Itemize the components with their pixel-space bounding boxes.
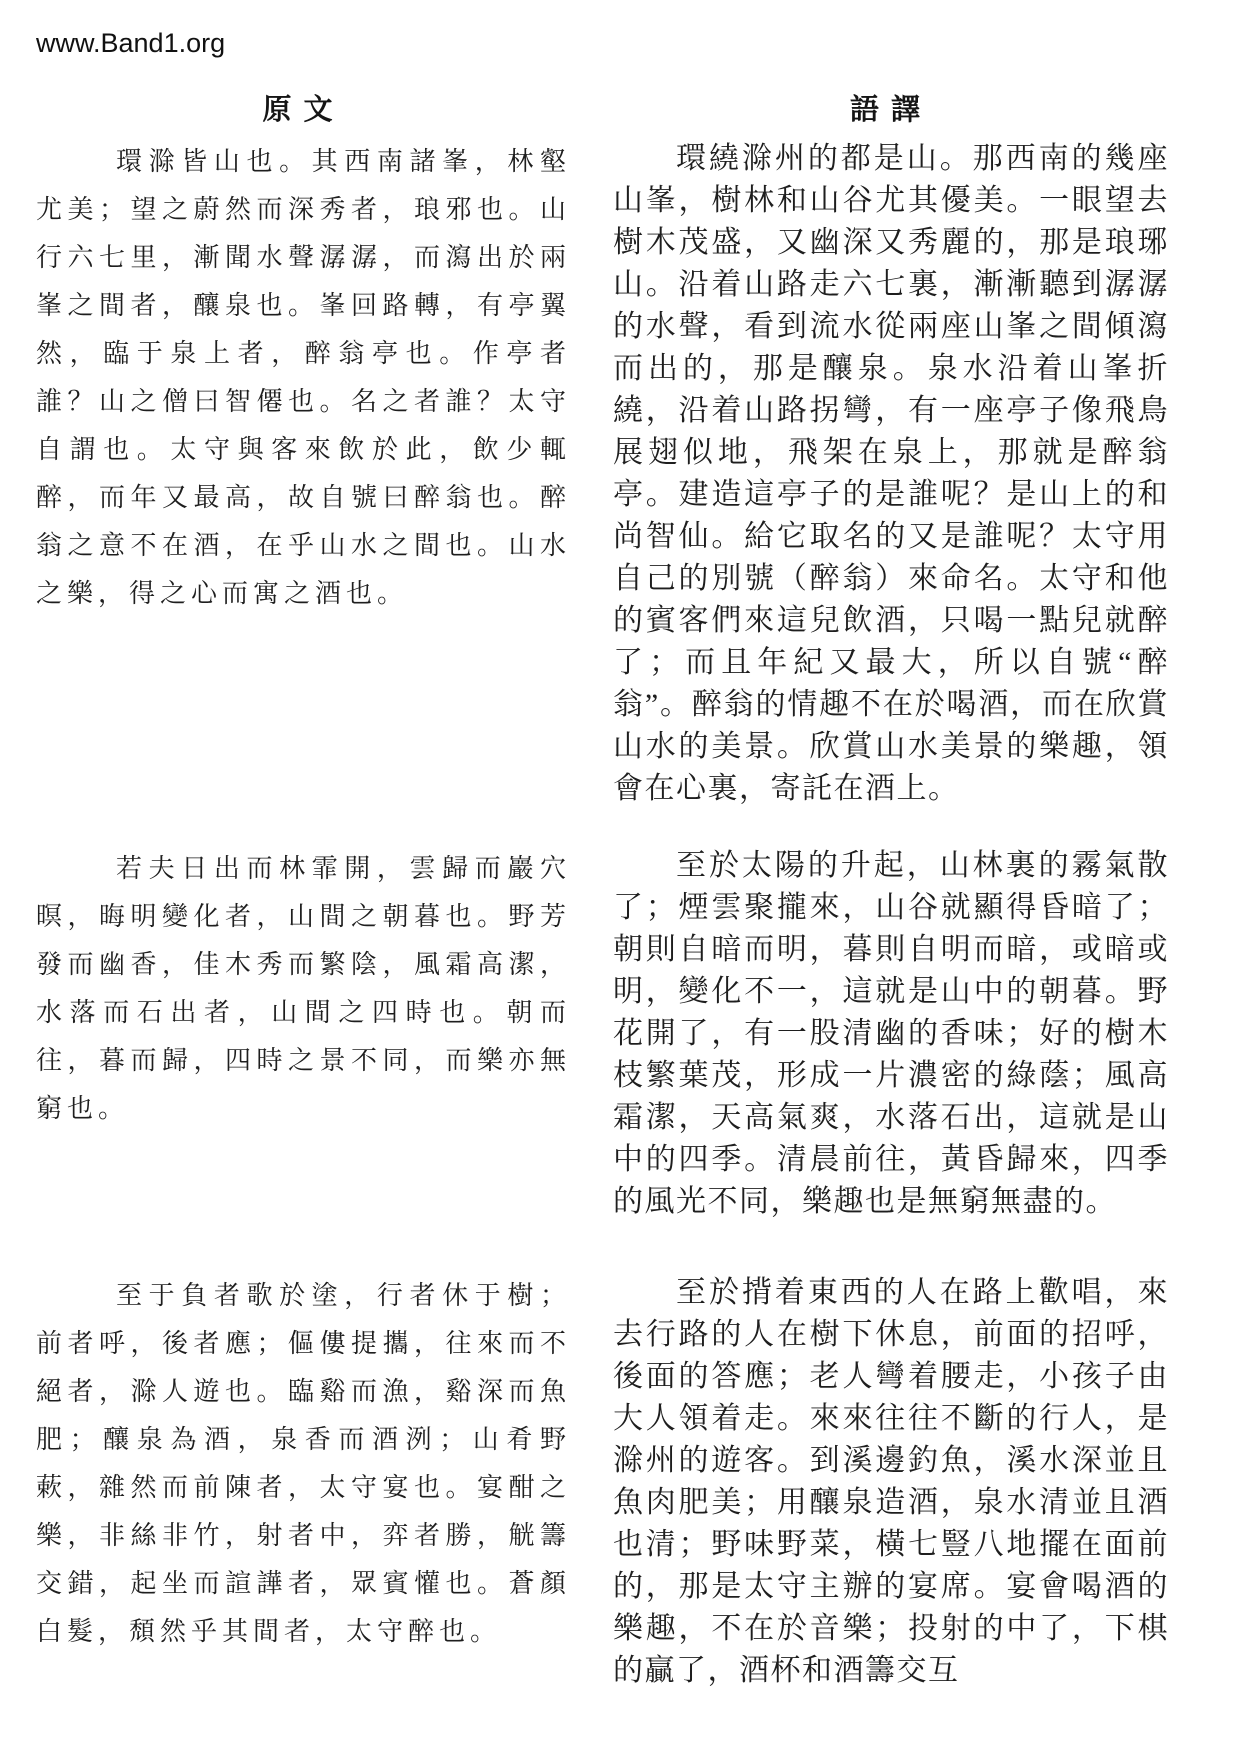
original-paragraph-3: 至于負者歌於塗，行者休于樹；前者呼，後者應；傴僂提攜，往來而不絕者，滁人遊也。臨…	[36, 1272, 571, 1692]
original-heading: 原文	[36, 92, 571, 138]
translation-paragraph-3: 至於揹着東西的人在路上歡唱，來去行路的人在樹下休息，前面的招呼，後面的答應；老人…	[613, 1272, 1169, 1692]
original-paragraph-1: 環滁皆山也。其西南諸峯，林壑尤美；望之蔚然而深秀者，琅邪也。山行六七里，漸聞水聲…	[36, 138, 571, 845]
document-page: www.Band1.org 原文 語譯 環滁皆山也。其西南諸峯，林壑尤美；望之蔚…	[0, 0, 1240, 1754]
content-columns: 原文 語譯 環滁皆山也。其西南諸峯，林壑尤美；望之蔚然而深秀者，琅邪也。山行六七…	[36, 92, 1240, 1692]
translation-paragraph-1: 環繞滁州的都是山。那西南的幾座山峯，樹林和山谷尤其優美。一眼望去樹木茂盛，又幽深…	[613, 138, 1169, 845]
original-paragraph-2: 若夫日出而林霏開，雲歸而巖穴暝，晦明變化者，山間之朝暮也。野芳發而幽香，佳木秀而…	[36, 845, 571, 1272]
translation-paragraph-2: 至於太陽的升起，山林裏的霧氣散了；煙雲聚攏來，山谷就顯得昏暗了；朝則自暗而明，暮…	[613, 845, 1169, 1272]
watermark: www.Band1.org	[0, 0, 1240, 60]
translation-heading: 語譯	[613, 92, 1169, 138]
